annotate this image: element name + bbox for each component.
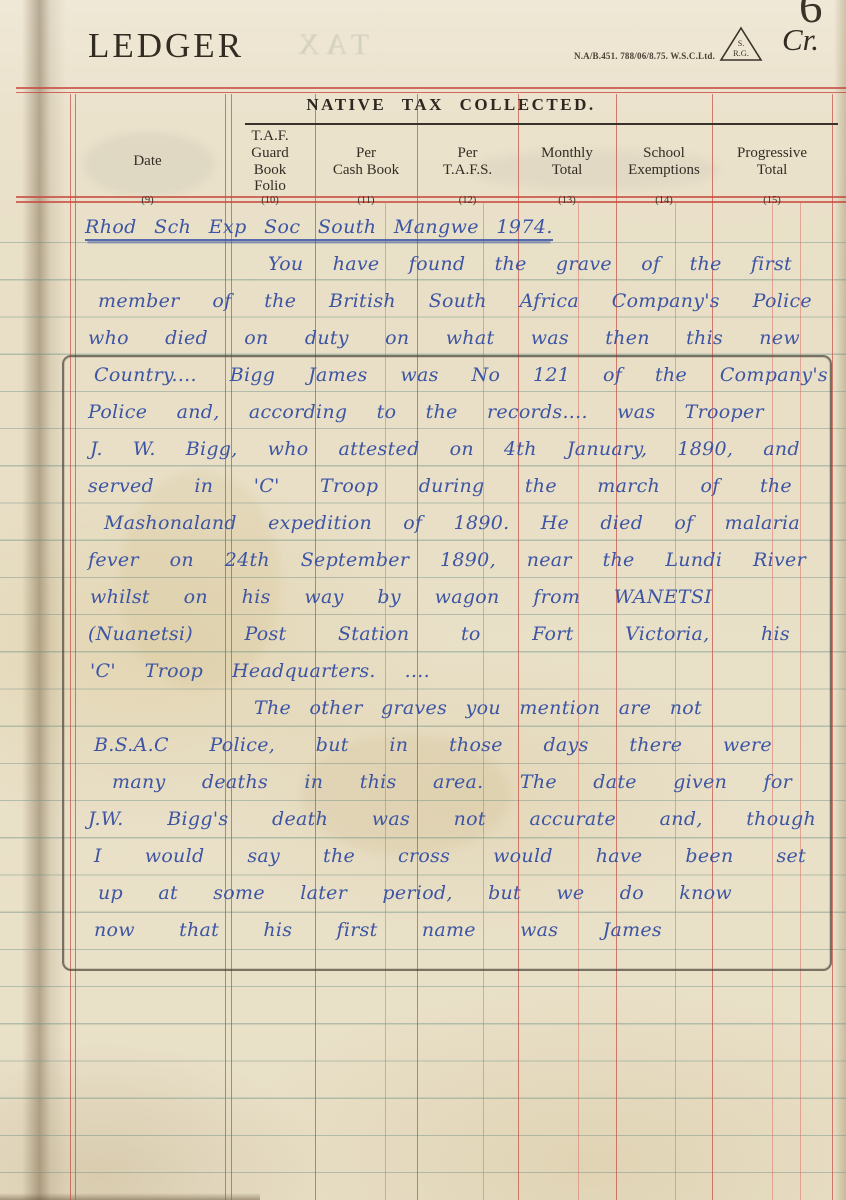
column-label: Date xyxy=(70,128,225,195)
column-number: (9) xyxy=(70,195,225,208)
red-vertical-line xyxy=(832,94,833,1200)
bleed-through-text: TAX xyxy=(292,28,369,62)
handwriting-line: servedin'C'Troopduringthemarchofthe xyxy=(88,475,792,497)
table-title: NATIVE TAX COLLECTED. xyxy=(70,95,832,115)
title-underline-rule xyxy=(245,123,838,125)
column-label: School Exemptions xyxy=(616,128,712,195)
ledger-title: LEDGER xyxy=(88,26,244,66)
column-per-tafs: Per T.A.F.S. (12) xyxy=(417,128,518,208)
stamp-line1: S. xyxy=(738,39,744,48)
handwriting-line: (Nuanetsi)PostStationtoFortVictoria,his xyxy=(88,623,790,645)
handwriting-line: B.S.A.CPolice,butinthosedaystherewere xyxy=(94,734,772,756)
column-date: Date (9) xyxy=(70,128,225,208)
handwriting-line: 'C'TroopHeadquarters..... xyxy=(90,660,430,682)
handwriting-line: whodiedondutyonwhatwasthenthisnew xyxy=(88,327,800,349)
handwriting-line: upatsomelaterperiod,butwedoknow xyxy=(98,882,732,904)
handwriting-line: Country....BiggJameswasNo121oftheCompany… xyxy=(94,364,828,386)
form-reference: N.A/B.451. 788/06/8.75. W.S.C.Ltd. xyxy=(574,51,715,61)
column-number: (13) xyxy=(518,195,616,208)
handwriting-line: Theothergravesyoumentionarenot xyxy=(254,697,702,719)
table-header-row: Date (9) T.A.F. Guard Book Folio (10) Pe… xyxy=(70,128,832,196)
handwriting-line: memberoftheBritishSouthAfricaCompany'sPo… xyxy=(98,290,812,312)
column-number: (14) xyxy=(616,195,712,208)
handwriting-line: J.W.Bigg,whoattestedon4thJanuary,1890,an… xyxy=(90,438,800,460)
handwriting-heading: Rhod Sch Exp Soc South Mangwe 1974. xyxy=(85,216,553,238)
column-number: (10) xyxy=(225,195,315,208)
stamp-line2: R.G. xyxy=(733,48,749,58)
column-label: T.A.F. Guard Book Folio xyxy=(225,128,315,195)
column-number: (11) xyxy=(315,195,417,208)
column-school-exemptions: School Exemptions (14) xyxy=(616,128,712,208)
column-label: Per Cash Book xyxy=(315,128,417,195)
handwriting-line: Youhavefoundthegraveofthefirst xyxy=(268,253,792,275)
printers-triangle-stamp: S. R.G. xyxy=(719,26,763,64)
red-rule-top xyxy=(16,92,846,94)
handwriting-line: feveron24thSeptember1890,neartheLundiRiv… xyxy=(88,549,806,571)
column-per-cash-book: Per Cash Book (11) xyxy=(315,128,417,208)
handwriting-line: Policeand,accordingtotherecords....wasTr… xyxy=(88,401,764,423)
column-label: Progressive Total xyxy=(712,128,832,195)
handwriting-line: Mashonalandexpeditionof1890.Hediedofmala… xyxy=(104,512,800,534)
column-number: (12) xyxy=(417,195,518,208)
column-label: Per T.A.F.S. xyxy=(417,128,518,195)
column-progressive-total: Progressive Total (15) xyxy=(712,128,832,208)
credit-label: Cr. xyxy=(782,22,819,58)
handwriting-heading-text: Rhod Sch Exp Soc South Mangwe 1974. xyxy=(85,216,553,241)
handwriting-line: nowthathisfirstnamewasJames xyxy=(94,919,662,941)
column-monthly-total: Monthly Total (13) xyxy=(518,128,616,208)
column-number: (15) xyxy=(712,195,832,208)
handwriting-line: Iwouldsaythecrosswouldhavebeenset xyxy=(94,845,806,867)
handwriting-line: J.W.Bigg'sdeathwasnotaccurateand,though xyxy=(88,808,816,830)
handwriting-line: whilstonhiswaybywagonfromWANETSI xyxy=(90,586,712,608)
column-label: Monthly Total xyxy=(518,128,616,195)
handwriting-line: manydeathsinthisarea.Thedategivenfor xyxy=(112,771,792,793)
red-rule-top xyxy=(16,87,846,89)
column-taf-guard-book-folio: T.A.F. Guard Book Folio (10) xyxy=(225,128,315,208)
ledger-page: TAX 6 LEDGER N.A/B.451. 788/06/8.75. W.S… xyxy=(0,0,846,1200)
